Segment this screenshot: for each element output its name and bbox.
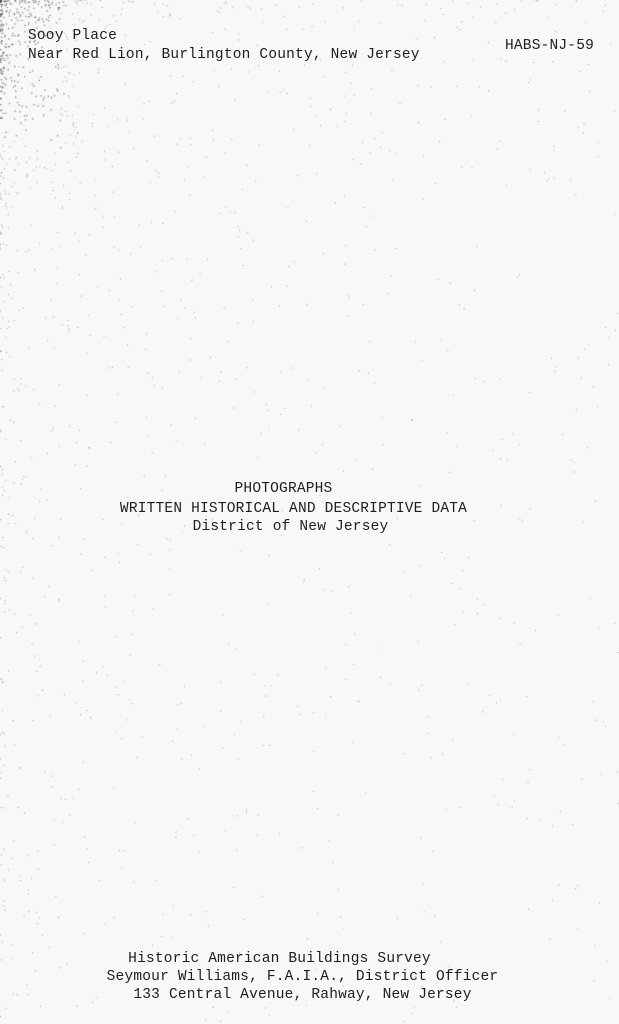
footer-address: 133 Central Avenue, Rahway, New Jersey (0, 987, 612, 1003)
property-location: Near Red Lion, Burlington County, New Je… (28, 47, 420, 63)
title-district: District of New Jersey (0, 519, 600, 535)
footer-officer: Seymour Williams, F.A.I.A., District Off… (0, 969, 612, 985)
title-written-data: WRITTEN HISTORICAL AND DESCRIPTIVE DATA (0, 501, 603, 517)
property-name: Sooy Place (28, 28, 117, 44)
footer-organization: Historic American Buildings Survey (0, 951, 589, 967)
title-photographs: PHOTOGRAPHS (0, 481, 593, 497)
survey-number: HABS-NJ-59 (505, 38, 594, 54)
